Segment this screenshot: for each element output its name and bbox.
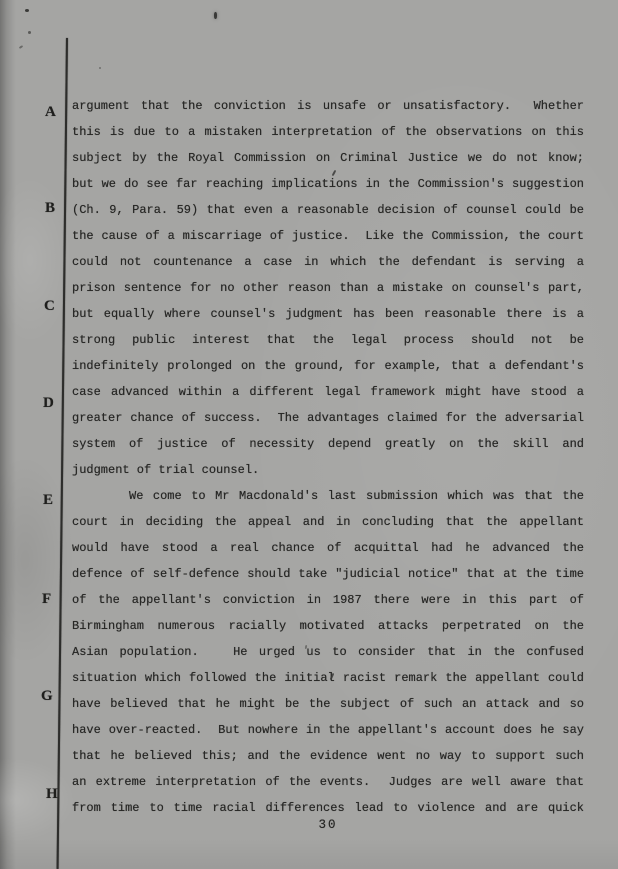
text-line: argument that the conviction is unsafe o… <box>72 93 584 119</box>
scan-speck <box>214 12 217 19</box>
text-line: subject by the Royal Commission on Crimi… <box>72 145 584 171</box>
text-line: have over-reacted. But nowhere in the ap… <box>72 717 584 743</box>
margin-letter-d: D <box>43 395 54 412</box>
page-number: 30 <box>72 812 584 838</box>
scan-speck <box>28 31 31 34</box>
text-line: of the appellant's conviction in 1987 th… <box>72 587 584 613</box>
text-line: indefinitely prolonged on the ground, fo… <box>72 353 584 379</box>
text-line: but equally where counsel's judgment has… <box>72 301 584 327</box>
text-line: greater chance of success. The advantage… <box>72 405 584 431</box>
text-line: would have stood a real chance of acquit… <box>72 535 584 561</box>
margin-letter-c: C <box>44 298 55 315</box>
text-line: system of justice of necessity depend gr… <box>72 431 584 457</box>
text-line: prison sentence for no other reason than… <box>72 275 584 301</box>
scan-speck <box>99 67 101 69</box>
text-line: (Ch. 9, Para. 59) that even a reasonable… <box>72 197 584 223</box>
text-line: the cause of a miscarriage of justice. L… <box>72 223 584 249</box>
text-line: court in deciding the appeal and in conc… <box>72 509 584 535</box>
text-line: but we do see far reaching implications … <box>72 171 584 197</box>
document-page: A B C D E F G H argument that the convic… <box>0 0 618 869</box>
margin-rule <box>57 38 68 869</box>
text-line: Birmingham numerous racially motivated a… <box>72 613 584 639</box>
text-line-paragraph-end: judgment of trial counsel. <box>72 457 584 483</box>
scan-speck <box>19 45 23 49</box>
body-text: argument that the conviction is unsafe o… <box>72 93 584 821</box>
text-line: situation which followed the initial rac… <box>72 665 584 691</box>
text-line: an extreme interpretation of the events.… <box>72 769 584 795</box>
text-line-paragraph-start: We come to Mr Macdonald's last submissio… <box>72 483 584 509</box>
text-line: defence of self-defence should take "jud… <box>72 561 584 587</box>
margin-letter-f: F <box>42 591 51 608</box>
text-line: that he believed this; and the evidence … <box>72 743 584 769</box>
text-line: case advanced within a different legal f… <box>72 379 584 405</box>
text-line: Asian population. He urged us to conside… <box>72 639 584 665</box>
text-line: have believed that he might be the subje… <box>72 691 584 717</box>
margin-letter-h: H <box>46 786 58 803</box>
margin-letter-a: A <box>45 104 56 121</box>
margin-letter-g: G <box>41 688 53 705</box>
margin-letter-e: E <box>43 492 53 509</box>
text-line: strong public interest that the legal pr… <box>72 327 584 353</box>
text-line: could not countenance a case in which th… <box>72 249 584 275</box>
text-line: this is due to a mistaken interpretation… <box>72 119 584 145</box>
scan-speck <box>25 9 29 12</box>
margin-letter-b: B <box>45 200 55 217</box>
